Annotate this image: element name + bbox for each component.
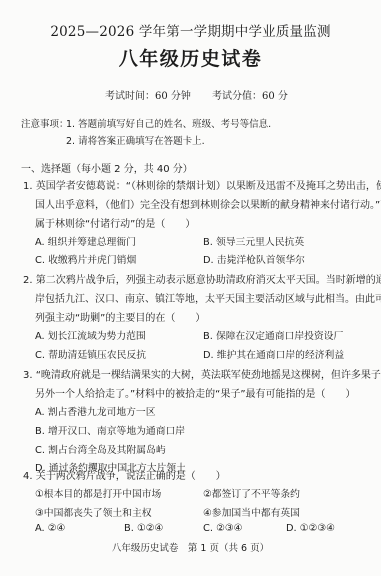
q1-option-c: C. 收缴鸦片并虎门销烟 <box>35 252 136 266</box>
q2-line-2: 岸包括九江、汉口、南京、镇江等地，太平天国主要活动区域与此相当。由此可知， <box>35 290 381 305</box>
q2-option-c: C. 帮助清廷镇压农民反抗 <box>35 347 146 361</box>
q1-option-d: D. 击毙洋枪队首领华尔 <box>203 252 305 266</box>
notice-item-1: 1. 答题前填写好自己的姓名、班级、考号等信息. <box>66 116 271 130</box>
q4-statement-3: ③中国都丧失了领土和主权 <box>35 505 152 519</box>
q2-option-b: B. 保障在汉定通商口岸投资设厂 <box>203 328 343 342</box>
q4-option-c: C. ②③④ <box>203 523 242 534</box>
q2-option-a: A. 划长江流域为势力范围 <box>35 328 146 342</box>
exam-time: 考试时间：60 分钟 <box>105 87 191 102</box>
q3-line-2: 另外一个人给拾走了。”材料中的被拾走的“果子”最有可能指的是（ ） <box>35 385 356 400</box>
q1-line-1: 1. 英国学者安德葛说：“（林则徐的禁烟计划）以果断及迅雷不及掩耳之势出击，使英 <box>23 177 381 192</box>
exam-title: 2025—2026 学年第一学期期中学业质量监测 <box>0 20 381 40</box>
q2-option-d: D. 维护其在通商口岸的经济利益 <box>203 347 344 361</box>
q4-option-a: A. ②④ <box>35 523 65 534</box>
q2-line-1: 2. 第二次鸦片战争后，列强主动表示愿意协助清政府消灭太平天国。当时新增的通商口 <box>23 271 381 286</box>
exam-score: 考试分值：60 分 <box>212 87 288 102</box>
q4-option-b: B. ①②④ <box>124 523 163 534</box>
exam-subtitle: 八年级历史试卷 <box>0 44 381 71</box>
q3-option-c: C. 割占台湾全岛及其附属岛屿 <box>35 442 166 456</box>
q4-option-d: D. ①②③④ <box>286 523 335 534</box>
q4-statement-4: ④参加国当中都有英国 <box>203 505 300 519</box>
notice-item-2: 2. 请将答案正确填写在答题卡上. <box>66 133 205 147</box>
q3-option-b: B. 增开汉口、南京等地为通商口岸 <box>35 423 185 437</box>
q1-line-2: 国人出乎意料，（他们）完全没有想到林则徐会以果断的献身精神来付诸行动。”下列 <box>35 196 381 211</box>
q3-line-1: 3. “晚清政府就是一棵结满果实的大树，英法联军使劲地摇晃这棵树，但许多果子却被 <box>23 366 381 381</box>
notice-label: 注意事项： <box>21 116 69 130</box>
q1-option-b: B. 领导三元里人民抗英 <box>203 234 304 248</box>
q4-statement-2: ②都签订了不平等条约 <box>203 486 300 500</box>
q1-line-3: 属于林则徐“付诸行动”的是（ ） <box>35 215 195 230</box>
q4-statement-1: ①根本目的都是打开中国市场 <box>35 486 161 500</box>
q2-line-3: 列强主动“助剿”的主要目的在（ ） <box>35 309 205 324</box>
section-title: 一、选择题（每小题 2 分，共 40 分） <box>21 160 193 175</box>
q4-line-1: 4. 关于两次鸦片战争，说法正确的是（ ） <box>23 467 226 482</box>
q3-option-a: A. 割占香港九龙司地方一区 <box>35 404 156 418</box>
q1-option-a: A. 组织并筹建总理衙门 <box>35 234 136 248</box>
page-footer: 八年级历史试卷 第 1 页（共 6 页） <box>0 540 381 554</box>
